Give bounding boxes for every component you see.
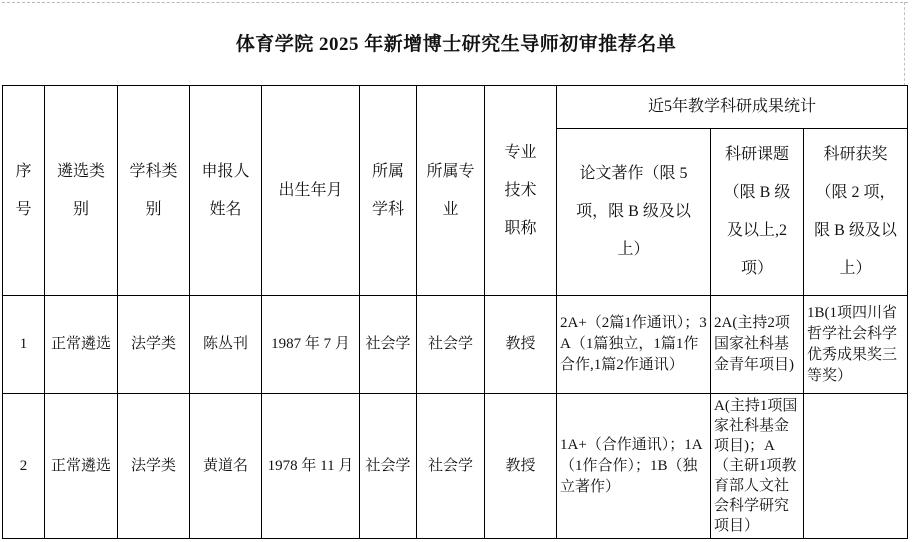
col-header-serial-number: 序 号 bbox=[3, 86, 45, 296]
page-title: 体育学院 2025 年新增博士研究生导师初审推荐名单 bbox=[236, 29, 677, 56]
cell-papers-works: 2A+（2篇1作通讯）；3A（1篇独立，1篇1作合作,1篇2作通讯） bbox=[557, 296, 711, 394]
col-header-affiliated-major: 所属专 业 bbox=[417, 86, 485, 296]
cell-papers-works: 1A+（合作通讯）；1A（1作合作）；1B（独立著作） bbox=[557, 394, 711, 539]
cell-selection-category: 正常遴选 bbox=[45, 296, 118, 394]
cell-birth-date: 1987 年 7 月 bbox=[262, 296, 360, 394]
cell-discipline-category: 法学类 bbox=[118, 296, 190, 394]
cell-serial-number: 2 bbox=[3, 394, 45, 539]
cell-affiliated-discipline: 社会学 bbox=[360, 296, 417, 394]
cell-birth-date: 1978 年 11 月 bbox=[262, 394, 360, 539]
col-header-discipline-category: 学科类 别 bbox=[118, 86, 190, 296]
cell-professional-title: 教授 bbox=[485, 296, 557, 394]
cell-applicant-name: 陈丛刊 bbox=[190, 296, 262, 394]
cell-selection-category: 正常遴选 bbox=[45, 394, 118, 539]
cell-applicant-name: 黄道名 bbox=[190, 394, 262, 539]
cell-discipline-category: 法学类 bbox=[118, 394, 190, 539]
col-header-affiliated-discipline: 所属 学科 bbox=[360, 86, 417, 296]
cell-research-projects: A(主持1项国家社科基金项目)；A（主研1项教育部人文社会科学研究项目） bbox=[711, 394, 804, 539]
title-band: 体育学院 2025 年新增博士研究生导师初审推荐名单 bbox=[0, 0, 912, 85]
col-header-applicant-name: 申报人 姓名 bbox=[190, 86, 262, 296]
recommendation-table: 序 号 遴选类 别 学科类 别 申报人 姓名 出生年月 所属 学科 所属专 业 … bbox=[2, 85, 908, 539]
table-row: 2 正常遴选 法学类 黄道名 1978 年 11 月 社会学 社会学 教授 1A… bbox=[3, 394, 908, 539]
cell-research-projects: 2A(主持2项国家社科基金青年项目) bbox=[711, 296, 804, 394]
document-page: 体育学院 2025 年新增博士研究生导师初审推荐名单 序 号 遴选类 别 学科类… bbox=[0, 0, 912, 542]
cell-research-awards: 1B(1项四川省哲学社会科学优秀成果奖三等奖） bbox=[804, 296, 908, 394]
col-header-professional-title: 专业 技术 职称 bbox=[485, 86, 557, 296]
cell-professional-title: 教授 bbox=[485, 394, 557, 539]
col-header-research-projects: 科研课题 （限 B 级 及以上,2 项） bbox=[711, 129, 804, 296]
col-header-papers-works: 论文著作（限 5 项，限 B 级及以 上） bbox=[557, 129, 711, 296]
cell-serial-number: 1 bbox=[3, 296, 45, 394]
col-header-research-awards: 科研获奖 （限 2 项， 限 B 级及以 上） bbox=[804, 129, 908, 296]
cell-affiliated-discipline: 社会学 bbox=[360, 394, 417, 539]
col-header-birth-date: 出生年月 bbox=[262, 86, 360, 296]
table-row: 1 正常遴选 法学类 陈丛刊 1987 年 7 月 社会学 社会学 教授 2A+… bbox=[3, 296, 908, 394]
col-header-achievements-span: 近5年教学科研成果统计 bbox=[557, 86, 908, 129]
header-row-span: 序 号 遴选类 别 学科类 别 申报人 姓名 出生年月 所属 学科 所属专 业 … bbox=[3, 86, 908, 129]
cell-research-awards bbox=[804, 394, 908, 539]
cell-affiliated-major: 社会学 bbox=[417, 394, 485, 539]
col-header-selection-category: 遴选类 别 bbox=[45, 86, 118, 296]
cell-affiliated-major: 社会学 bbox=[417, 296, 485, 394]
